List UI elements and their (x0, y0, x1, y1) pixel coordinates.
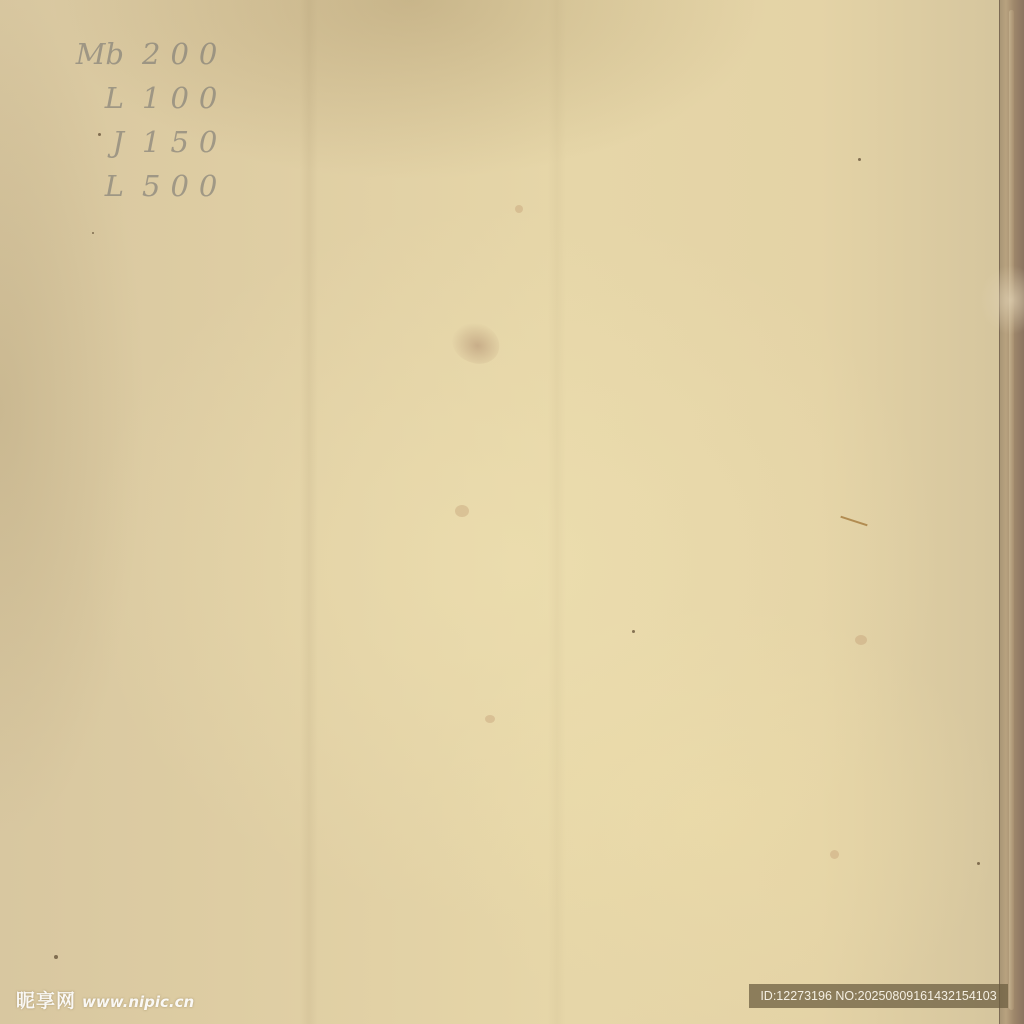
foxing-spot (515, 205, 523, 213)
watermark-url: www.nipic.cn (82, 993, 194, 1011)
foxing-spot (485, 715, 495, 723)
speck (632, 630, 635, 633)
note-row: L 500 (60, 164, 280, 208)
site-watermark: 昵享网 www.nipic.cn (16, 986, 194, 1013)
speck (92, 232, 94, 234)
note-row: J 150 (60, 120, 280, 164)
note-key: J (60, 120, 142, 164)
foxing-spot (830, 850, 839, 859)
note-key: Mb (60, 32, 142, 76)
loose-fibers (980, 265, 1024, 335)
speck (54, 955, 58, 959)
paper-fold-line (300, 0, 318, 1024)
paper-fold-line (548, 0, 566, 1024)
note-value: 500 (142, 164, 227, 208)
spine-highlight (1009, 10, 1014, 1010)
note-value: 150 (142, 120, 227, 164)
watermark-logo-text: 昵享网 (16, 986, 76, 1013)
note-row: Mb 200 (60, 32, 280, 76)
foxing-spot (855, 635, 867, 645)
note-row: L 100 (60, 76, 280, 120)
image-id-badge: ID:12273196 NO:20250809161432154103 (749, 984, 1008, 1008)
note-value: 200 (142, 32, 227, 76)
book-spine-edge (999, 0, 1024, 1024)
speck (858, 158, 861, 161)
note-key: L (60, 164, 142, 208)
foxing-spot (455, 505, 469, 517)
note-key: L (60, 76, 142, 120)
speck (977, 862, 980, 865)
handwritten-pencil-notes: Mb 200 L 100 J 150 L 500 (60, 32, 280, 208)
note-value: 100 (142, 76, 227, 120)
